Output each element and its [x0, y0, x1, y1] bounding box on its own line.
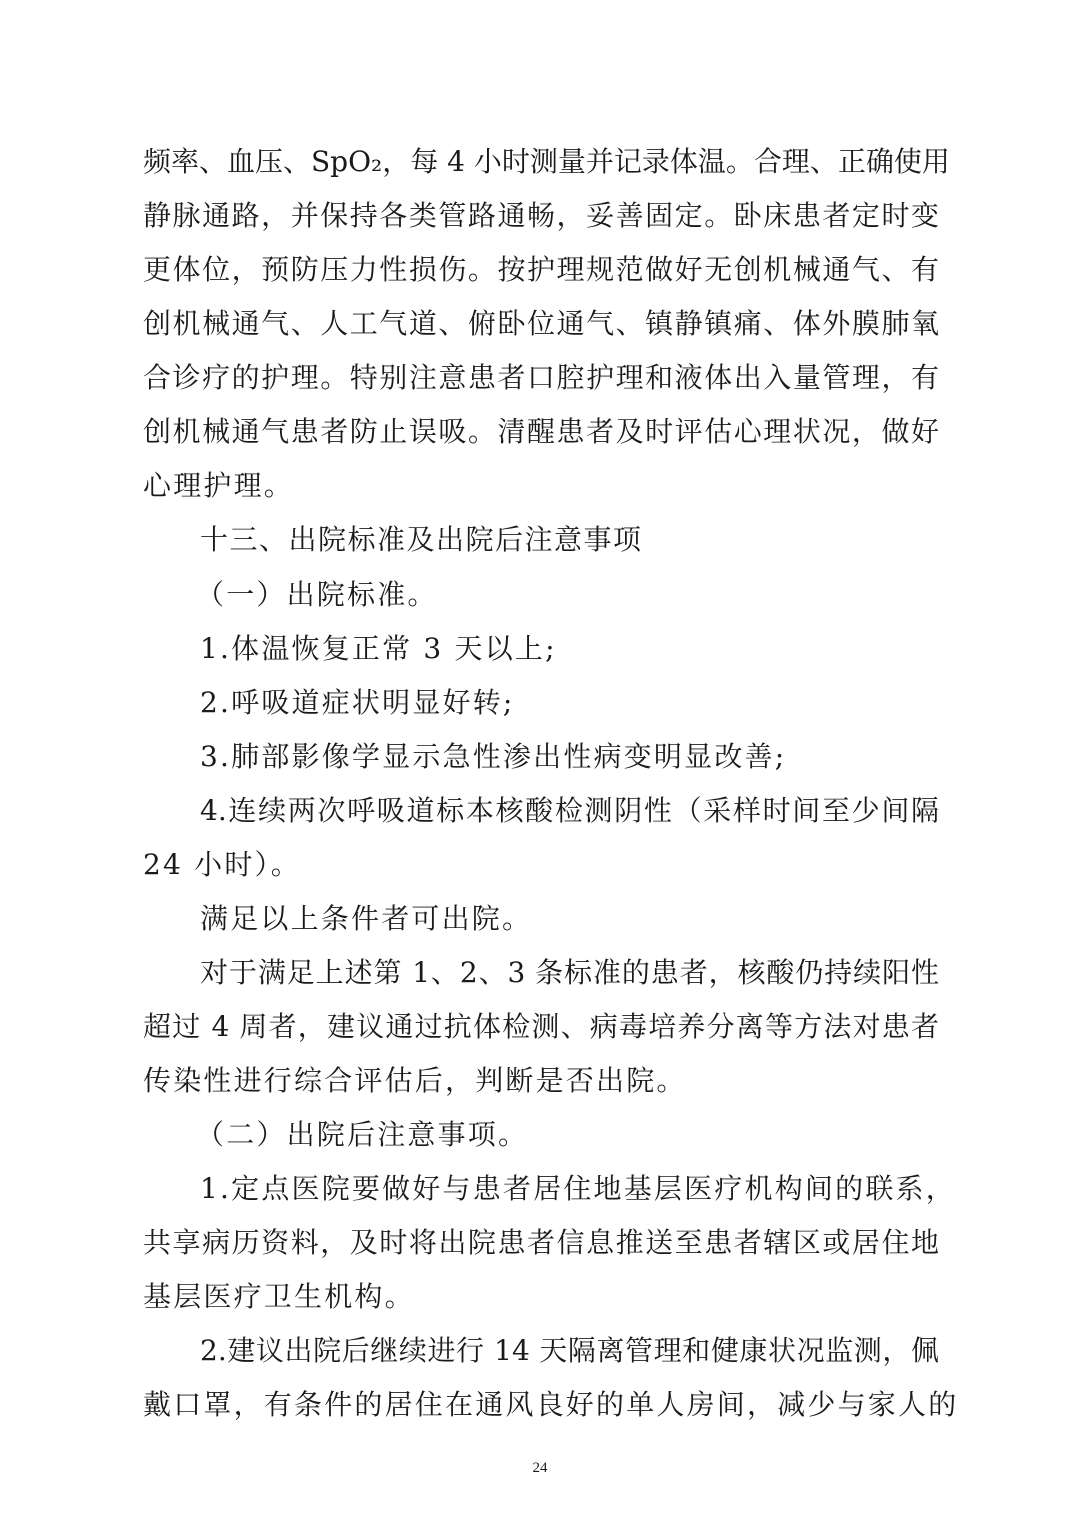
subsection-title: （一）出院标准。 [196, 577, 935, 613]
paragraph-line: 频率、血压、SpO₂，每 4 小时测量并记录体温。合理、正确使用 [143, 144, 939, 180]
paragraph-line: 1.定点医院要做好与患者居住地基层医疗机构间的联系， [200, 1171, 939, 1207]
section-heading: 十三、出院标准及出院后注意事项 [200, 522, 939, 558]
paragraph-line: 合诊疗的护理。特别注意患者口腔护理和液体出入量管理，有 [143, 360, 939, 396]
criterion-item: 2.呼吸道症状明显好转; [200, 685, 939, 721]
criterion-item: 3.肺部影像学显示急性渗出性病变明显改善; [200, 739, 939, 775]
subsection-title: （二）出院后注意事项。 [196, 1117, 935, 1153]
paragraph-line: 静脉通路，并保持各类管路通畅，妥善固定。卧床患者定时变 [143, 198, 939, 234]
paragraph-line: 超过 4 周者，建议通过抗体检测、病毒培养分离等方法对患者 [143, 1009, 939, 1045]
paragraph-line: 传染性进行综合评估后，判断是否出院。 [143, 1063, 939, 1099]
paragraph-line: 戴口罩，有条件的居住在通风良好的单人房间，减少与家人的 [143, 1387, 939, 1423]
paragraph-line: 共享病历资料，及时将出院患者信息推送至患者辖区或居住地 [143, 1225, 939, 1261]
document-page: 频率、血压、SpO₂，每 4 小时测量并记录体温。合理、正确使用 静脉通路，并保… [0, 0, 1080, 1527]
criterion-item-continued: 24 小时）。 [143, 847, 939, 883]
criterion-item: 4.连续两次呼吸道标本核酸检测阴性（采样时间至少间隔 [200, 793, 939, 829]
paragraph-line: 心理护理。 [143, 468, 939, 504]
paragraph-line: 创机械通气、人工气道、俯卧位通气、镇静镇痛、体外膜肺氧 [143, 306, 939, 342]
discharge-conclusion: 满足以上条件者可出院。 [200, 901, 939, 937]
paragraph-line: 2.建议出院后继续进行 14 天隔离管理和健康状况监测，佩 [200, 1333, 939, 1369]
paragraph-line: 对于满足上述第 1、2、3 条标准的患者，核酸仍持续阳性 [200, 955, 939, 991]
criterion-item: 1.体温恢复正常 3 天以上; [200, 631, 939, 667]
paragraph-line: 更体位，预防压力性损伤。按护理规范做好无创机械通气、有 [143, 252, 939, 288]
paragraph-line: 基层医疗卫生机构。 [143, 1279, 939, 1315]
page-number: 24 [0, 1460, 1080, 1477]
paragraph-line: 创机械通气患者防止误吸。清醒患者及时评估心理状况，做好 [143, 414, 939, 450]
